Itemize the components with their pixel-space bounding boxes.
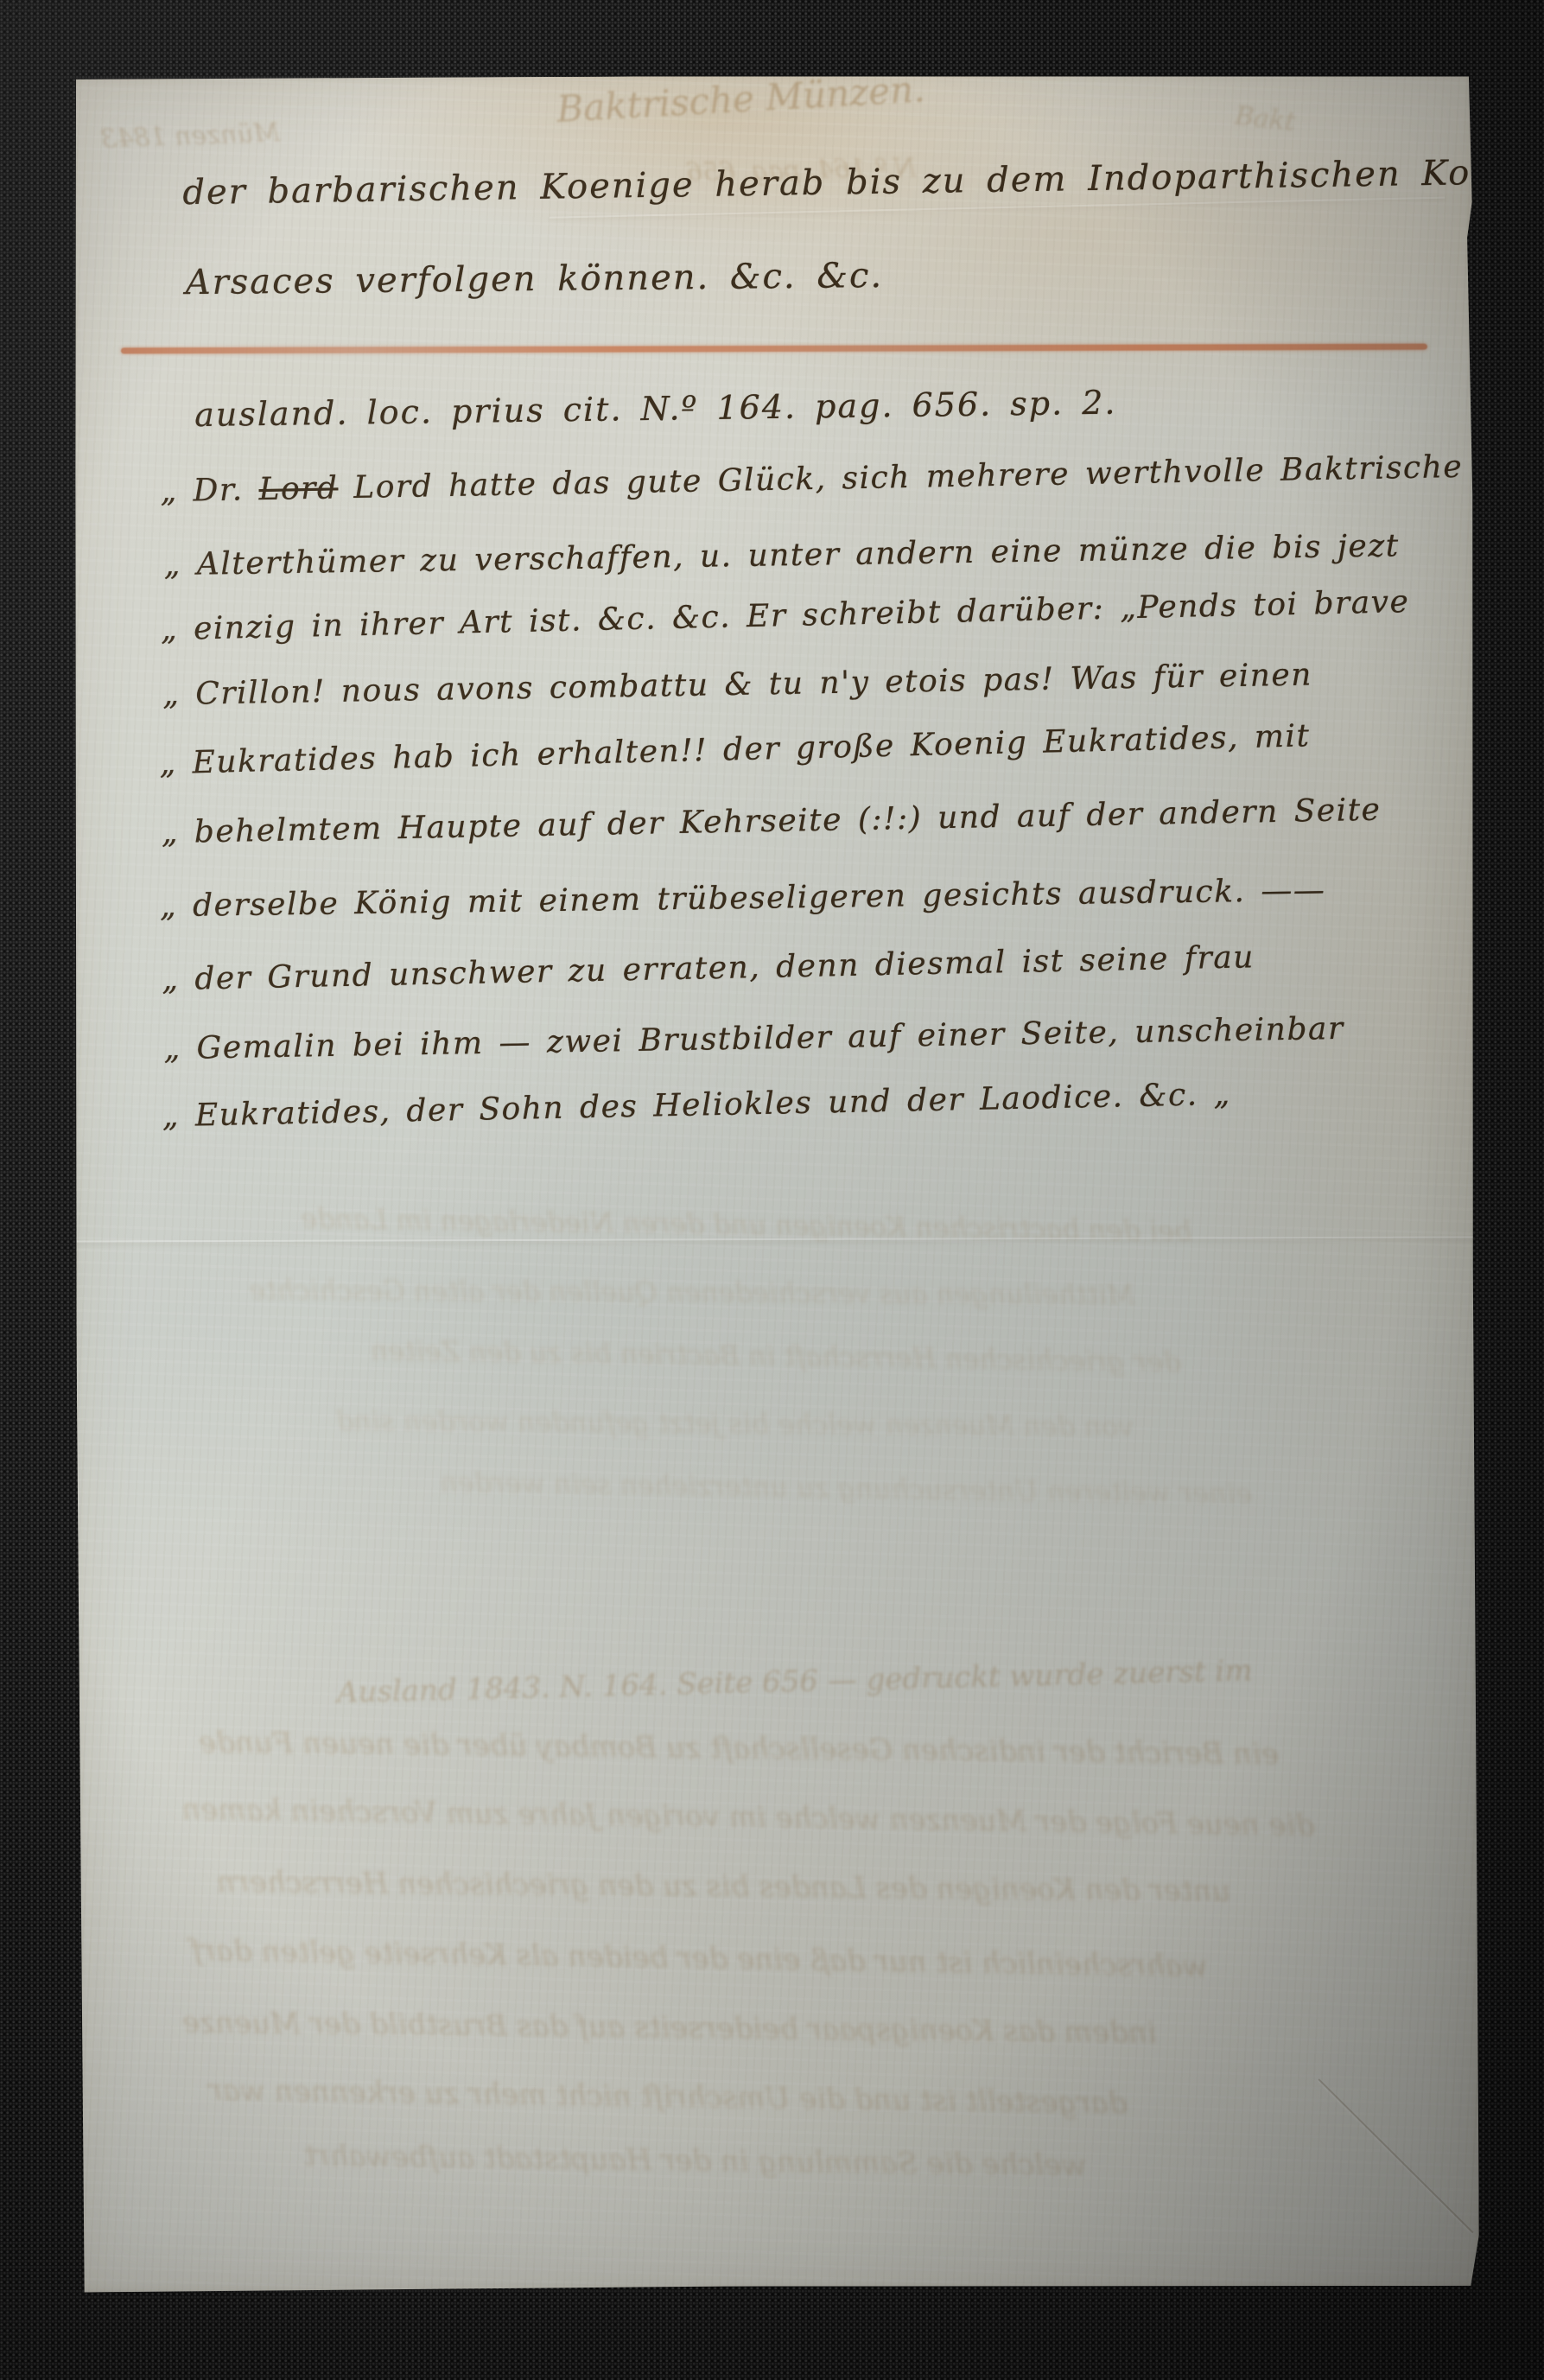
handwriting-text: „ Eukratides, der Sohn des Heliokles und… [162, 1077, 1231, 1134]
handwriting-text: „ Crillon! nous avons combattu & tu n'y … [162, 657, 1312, 712]
manuscript-page: Baktrische Münzen.BaktMünzen 1843N.º 164… [73, 73, 1479, 2292]
handwriting-line: „ Eukratides, der Sohn des Heliokles und… [162, 1077, 1231, 1134]
handwriting-line: „ einzig in ihrer Art ist. &c. &c. Er sc… [161, 584, 1410, 647]
bleed-through-text: unter den Koenigen des Landes bis zu den… [216, 1865, 1230, 1909]
handwriting-text: „ Alterthümer zu verschaffen, u. unter a… [163, 528, 1400, 582]
bleed-through-text: indem das Koenigspaar beiderseits auf da… [182, 2005, 1157, 2050]
handwriting-line: „ derselbe König mit einem trübeseligere… [160, 873, 1326, 924]
handwriting-line: „ der Grund unschwer zu erraten, denn di… [162, 939, 1255, 997]
paper-fold-crease [76, 1236, 1476, 1242]
bleed-through-text: bei den bactrischen Koenigen und deren N… [301, 1202, 1192, 1248]
bleed-through-text: Bakt [1234, 101, 1297, 137]
bleed-through-text: welche die Sammlung in der Hauptstadt au… [303, 2139, 1086, 2183]
bleed-through-text: Mittheilungen aus verschiedenen Quellen … [249, 1273, 1135, 1311]
corner-fold-crease [1318, 2078, 1473, 2233]
struck-word: Lord [258, 470, 339, 507]
bleed-through-text: dargestellt ist und die Umschrift nicht … [208, 2073, 1128, 2121]
handwriting-line: „ Alterthümer zu verschaffen, u. unter a… [163, 528, 1400, 582]
red-crayon-divider [121, 344, 1427, 354]
handwriting-text: der barbarischen Koenige herab bis zu de… [182, 152, 1544, 213]
handwriting-text: „ Dr. [160, 472, 259, 509]
handwriting-text: „ Eukratides hab ich erhalten!! der groß… [159, 718, 1311, 781]
handwriting-layer: der barbarischen Koenige herab bis zu de… [73, 73, 1472, 78]
bleed-through-text: Baktrische Münzen. [556, 67, 926, 130]
handwriting-text: „ der Grund unschwer zu erraten, denn di… [162, 939, 1255, 997]
handwriting-text: Arsaces verfolgen können. &c. &c. [185, 256, 883, 302]
handwriting-line: „ behelmtem Haupte auf der Kehrseite (:!… [161, 792, 1381, 851]
bleed-through-text: einer weiteren Untersuchung zu unterzieh… [440, 1466, 1252, 1510]
handwriting-text: „ Gemalin bei ihm — zwei Brustbilder auf… [163, 1011, 1344, 1066]
handwriting-text: „ derselbe König mit einem trübeseligere… [160, 873, 1326, 924]
photo-backdrop: Baktrische Münzen.BaktMünzen 1843N.º 164… [0, 0, 1544, 2380]
handwriting-text: ausland. loc. prius cit. N.º 164. pag. 6… [194, 384, 1117, 435]
bleed-through-text: die neue Folge der Muenzen welche im vor… [181, 1792, 1315, 1843]
handwriting-text: „ behelmtem Haupte auf der Kehrseite (:!… [161, 792, 1381, 851]
bleed-through-text: wahrscheinlich ist nur daß eine der beid… [191, 1933, 1208, 1984]
bleed-through-text: von den Muenzen welche bis jetzt gefunde… [336, 1404, 1134, 1443]
handwriting-line: Arsaces verfolgen können. &c. &c. [185, 256, 883, 302]
handwriting-line: „ Dr. Lord Lord hatte das gute Glück, si… [160, 449, 1463, 509]
handwriting-line: „ Gemalin bei ihm — zwei Brustbilder auf… [163, 1011, 1344, 1066]
handwriting-text: Lord hatte das gute Glück, sich mehrere … [338, 449, 1463, 506]
bleed-through-text: Ausland 1843. N. 164. Seite 656 — gedruc… [336, 1653, 1252, 1710]
handwriting-text: „ einzig in ihrer Art ist. &c. &c. Er sc… [161, 584, 1410, 647]
handwriting-line: der barbarischen Koenige herab bis zu de… [182, 152, 1544, 213]
bleed-through-text: ein Bericht der indischen Gesellschaft z… [199, 1725, 1279, 1772]
bleed-through-text: Münzen 1843 [100, 118, 281, 155]
handwriting-line: „ Eukratides hab ich erhalten!! der groß… [159, 718, 1311, 781]
bleed-through-layer: Baktrische Münzen.BaktMünzen 1843N.º 164… [73, 73, 1472, 78]
bleed-through-text: der griechischen Herrschaft in Bactrien … [370, 1333, 1181, 1378]
handwriting-line: ausland. loc. prius cit. N.º 164. pag. 6… [194, 384, 1117, 435]
handwriting-line: „ Crillon! nous avons combattu & tu n'y … [162, 657, 1312, 712]
